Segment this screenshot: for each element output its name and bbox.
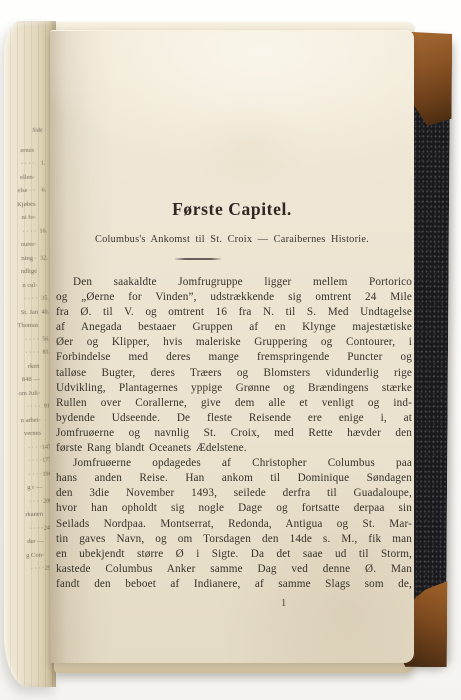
- body-text-line: talløse Bugter, deres Træers og Blomster…: [56, 366, 412, 381]
- contents-fragment: · · · ·147.: [6, 440, 54, 455]
- contents-fragment: n cul-: [2, 278, 50, 293]
- contents-fragment: else · ·6.: [0, 183, 48, 198]
- contents-fragment-text: ernes: [20, 143, 34, 157]
- contents-fragment: · · · ·35.: [3, 291, 51, 306]
- contents-fragment-text: · · · ·: [22, 224, 36, 238]
- contents-fragment-text: ellen-: [20, 170, 35, 184]
- body-text-line: Jomfruøerne opdagedes af Christopher Col…: [56, 456, 412, 471]
- contents-fragment-text: om Juli-: [18, 386, 40, 400]
- contents-fragment: ourer-: [1, 237, 49, 252]
- body-text-line: en ubekjendt større Ø i Sigte. Da det sa…: [56, 547, 412, 562]
- body-text: Den saakaldte Jomfrugruppe ligger mellem…: [56, 275, 412, 592]
- body-text-line: hans anden Reise. Han ankom til Dominiqu…: [56, 471, 412, 486]
- contents-fragment-text: · · · ·: [29, 494, 43, 508]
- body-text-line: og „Øerne for Vinden”, udstrækkende sig …: [56, 290, 412, 305]
- contents-fragment: Kjøbes: [0, 197, 48, 212]
- contents-fragment: om Juli-: [5, 386, 53, 401]
- contents-fragments: Side ernes· · · ·1.ellen-else · ·6.Kjøbe…: [0, 124, 57, 576]
- contents-fragment: ellen-: [0, 170, 48, 185]
- contents-fragment: · · · ·91.: [5, 399, 53, 414]
- contents-fragment-text: n cul-: [22, 278, 37, 292]
- body-text-line: Udvikling, Plantagernes yppige Grønne og…: [56, 381, 412, 396]
- contents-fragment-text: der —: [27, 535, 44, 549]
- contents-fragment-text: · · · ·: [31, 562, 45, 576]
- contents-fragment-text: · · · ·: [28, 467, 42, 481]
- contents-fragment-text: ndlige: [21, 265, 38, 279]
- contents-fragment-text: St. Jan: [21, 305, 39, 319]
- left-page-fore-edge: Side ernes· · · ·1.ellen-else · ·6.Kjøbe…: [4, 21, 56, 687]
- body-text-line: bydende Udseende. De fleste Reisende ere…: [56, 411, 412, 426]
- contents-fragment-text: Kjøbes: [17, 197, 36, 211]
- body-text-line: Jomfruøerne og navnlig St. Croix, med Re…: [56, 426, 412, 441]
- contents-fragment: vernes: [6, 426, 54, 441]
- contents-fragment-text: g Con-: [26, 548, 44, 562]
- contents-fragment-text: · · · ·: [27, 400, 41, 414]
- contents-fragment: · · · ·16.: [1, 224, 49, 239]
- body-text-line: den 3die November 1493, seilede derfra t…: [56, 486, 412, 501]
- body-text-line: Rullen over Corallerne, give dem alle et…: [56, 396, 412, 411]
- body-text-line: Øer og Klipper, hvis maleriske Grupperin…: [56, 335, 412, 350]
- divider-rule: [175, 258, 221, 260]
- contents-fragment-page: 6.: [35, 185, 46, 199]
- body-text-line: fra Ø. til V. og omtrent 16 fra N. til S…: [56, 305, 412, 320]
- contents-fragment: St. Jan40.: [3, 305, 51, 320]
- body-text-line: kastede Columbus Anker samme Dag ved den…: [56, 562, 412, 577]
- contents-fragment: Thomas: [3, 318, 51, 333]
- contents-fragment: · · · ·177.: [7, 453, 55, 468]
- contents-fragment: n arbei-: [6, 413, 54, 428]
- open-book: Side ernes· · · ·1.ellen-else · ·6.Kjøbe…: [0, 0, 461, 700]
- contents-fragment-text: g r —: [27, 481, 42, 495]
- contents-fragment: 848 —: [5, 372, 53, 387]
- contents-fragment-text: ning ·: [21, 251, 37, 265]
- body-text-line: af Anegada bestaaer Gruppen af en Klynge…: [56, 320, 412, 335]
- contents-fragment-text: rkanen: [25, 508, 43, 522]
- contents-fragment-text: Thomas: [17, 319, 38, 333]
- contents-fragment: g r —: [7, 480, 55, 495]
- chapter-subtitle: Columbus's Ankomst til St. Croix — Carai…: [56, 234, 408, 245]
- body-text-line: Seilads Nordpaa. Montserrat, Redonda, An…: [56, 517, 412, 532]
- body-text-line: fandt den beboet af Indianere, af samme …: [56, 577, 412, 592]
- contents-fragment-text: · · · ·: [28, 454, 42, 468]
- body-text-line: tin gaves Navn, og om Torsdagen den 14de…: [56, 532, 412, 547]
- contents-fragment-text: · · · ·: [25, 346, 39, 360]
- contents-fragment: rken: [4, 359, 52, 374]
- contents-fragment-page: 35.: [38, 292, 49, 306]
- contents-fragment-page: 1.: [34, 158, 45, 172]
- contents-fragment: · · · ·56.: [4, 332, 52, 347]
- contents-fragment: · · · ·1.: [0, 156, 48, 171]
- contents-fragment-text: · · · ·: [21, 157, 35, 171]
- contents-fragment-text: n arbei-: [21, 413, 41, 427]
- contents-fragment: · · · ·208.: [8, 494, 56, 509]
- contents-fragment-text: · · · ·: [24, 292, 38, 306]
- contents-fragment-page: 40.: [38, 306, 49, 320]
- contents-fragment-page: 56.: [39, 333, 50, 347]
- contents-fragment: rkanen: [8, 507, 56, 522]
- contents-fragment-page: 16.: [36, 225, 47, 239]
- contents-fragment-text: rken: [28, 359, 40, 373]
- contents-fragment-text: vernes: [24, 427, 41, 441]
- contents-fragment-text: else · ·: [17, 184, 35, 198]
- chapter-title: Første Capitel.: [56, 199, 408, 220]
- contents-fragment: · · · ·81.: [4, 345, 52, 360]
- contents-fragment-text: 848 —: [22, 373, 40, 387]
- book-photo: Side ernes· · · ·1.ellen-else · ·6.Kjøbe…: [0, 0, 461, 700]
- contents-fragment-text: · · · ·: [25, 332, 39, 346]
- page-number: 1: [281, 598, 286, 609]
- contents-fragment: ni fo-: [1, 210, 49, 225]
- contents-fragment-text: · · · ·: [28, 440, 42, 454]
- contents-fragment-page: 81.: [39, 346, 50, 360]
- contents-fragment: ning ·32.: [2, 251, 50, 266]
- body-text-line: Forbindelse med deres mange fremspringen…: [56, 350, 412, 365]
- body-text-line: første Rang blandt Oceanets Ædelstene.: [56, 441, 412, 456]
- contents-fragment: ndlige: [2, 264, 50, 279]
- body-text-line: Den saakaldte Jomfrugruppe ligger mellem…: [56, 275, 412, 290]
- contents-fragment-text: ourer-: [21, 238, 37, 252]
- contents-fragment-text: · · · ·: [30, 521, 44, 535]
- contents-side-header: Side: [0, 124, 47, 139]
- contents-fragment-page: 32.: [37, 252, 48, 266]
- body-text-line: hvor han opholdt sig nogle Dage og forts…: [56, 501, 412, 516]
- contents-fragment-text: ni fo-: [21, 211, 36, 225]
- contents-fragment: ernes: [0, 143, 47, 158]
- contents-fragment: · · · ·196.: [7, 467, 55, 482]
- book-page: Første Capitel. Columbus's Ankomst til S…: [50, 30, 414, 663]
